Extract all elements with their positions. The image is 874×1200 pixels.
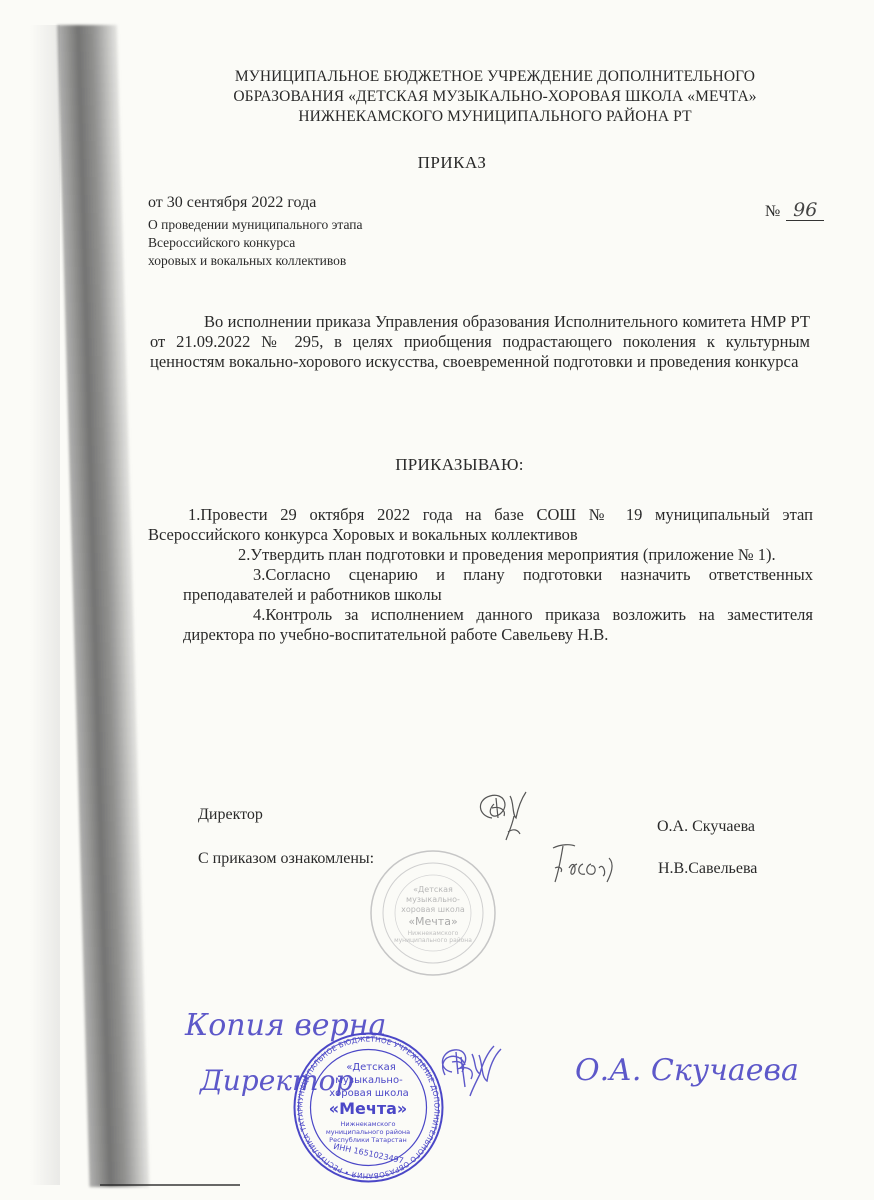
scan-shadow-band <box>57 25 149 1187</box>
certification-director-signature-icon <box>432 1040 522 1100</box>
header-line: ОБРАЗОВАНИЯ «ДЕТСКАЯ МУЗЫКАЛЬНО-ХОРОВАЯ … <box>195 87 795 107</box>
preamble: Во исполнении приказа Управления образов… <box>150 312 810 372</box>
header-line: НИЖНЕКАМСКОГО МУНИЦИПАЛЬНОГО РАЙОНА РТ <box>195 107 795 127</box>
header-line: МУНИЦИПАЛЬНОЕ БЮДЖЕТНОЕ УЧРЕЖДЕНИЕ ДОПОЛ… <box>195 67 795 87</box>
orders-heading-text: ПРИКАЗЫВАЮ: <box>395 455 524 475</box>
acquainted-label: С приказом ознакомлены: <box>198 850 374 868</box>
orders-heading: ПРИКАЗЫВАЮ: <box>0 455 874 475</box>
svg-text:муниципального района: муниципального района <box>326 1128 410 1136</box>
order-item-2: 2.Утвердить план подготовки и проведения… <box>168 545 813 565</box>
svg-text:«Детская: «Детская <box>413 885 453 894</box>
scan-shadow-light <box>30 25 60 1185</box>
subject-line: О проведении муниципального этапа <box>148 216 362 234</box>
document-date: от 30 сентября 2022 года <box>148 194 316 212</box>
document-title: ПРИКАЗ <box>0 153 874 173</box>
svg-text:Нижнекамского: Нижнекамского <box>408 930 459 937</box>
svg-text:музыкально-: музыкально- <box>406 895 460 904</box>
svg-text:хоровая школа: хоровая школа <box>329 1088 409 1099</box>
svg-text:хоровая школа: хоровая школа <box>401 905 465 914</box>
svg-text:Нижнекамского: Нижнекамского <box>341 1120 396 1128</box>
svg-text:ИНН 1651023497: ИНН 1651023497 <box>333 1142 405 1166</box>
number-value: 96 <box>786 200 824 221</box>
svg-text:О.А. Скучаева: О.А. Скучаева <box>575 1053 799 1088</box>
subject-line: Всероссийского конкурса <box>148 234 362 252</box>
svg-text:«Мечта»: «Мечта» <box>408 915 457 928</box>
faint-stamp-icon: «Детская музыкально- хоровая школа «Мечт… <box>368 848 498 978</box>
school-stamp-icon: МУНИЦИПАЛЬНОЕ БЮДЖЕТНОЕ УЧРЕЖДЕНИЕ ДОПОЛ… <box>291 1030 446 1185</box>
svg-text:«Мечта»: «Мечта» <box>329 1099 408 1118</box>
director-signature-icon <box>470 788 550 848</box>
svg-text:«Детская: «Детская <box>346 1062 396 1073</box>
preamble-text: Во исполнении приказа Управления образов… <box>150 312 810 372</box>
document-subject: О проведении муниципального этапа Всерос… <box>148 216 362 270</box>
acquainted-signature-icon <box>545 838 635 888</box>
number-label: № <box>765 203 780 220</box>
svg-text:музыкально-: музыкально- <box>335 1075 403 1086</box>
acquainted-name: Н.В.Савельева <box>658 860 757 878</box>
page-bottom-edge <box>100 1184 240 1186</box>
order-item-1: 1.Провести 29 октября 2022 года на базе … <box>148 505 813 545</box>
order-item-4: 4.Контроль за исполнением данного приказ… <box>183 605 813 645</box>
director-label: Директор <box>198 806 263 824</box>
subject-line: хоровых и вокальных коллективов <box>148 252 362 270</box>
document-number: №96 <box>765 200 824 221</box>
svg-text:муниципального района: муниципального района <box>394 937 472 944</box>
order-item-3: 3.Согласно сценарию и плану подготовки н… <box>183 565 813 605</box>
director-name: О.А. Скучаева <box>657 818 755 836</box>
organization-header: МУНИЦИПАЛЬНОЕ БЮДЖЕТНОЕ УЧРЕЖДЕНИЕ ДОПОЛ… <box>195 67 795 127</box>
order-items: 1.Провести 29 октября 2022 года на базе … <box>148 505 813 645</box>
